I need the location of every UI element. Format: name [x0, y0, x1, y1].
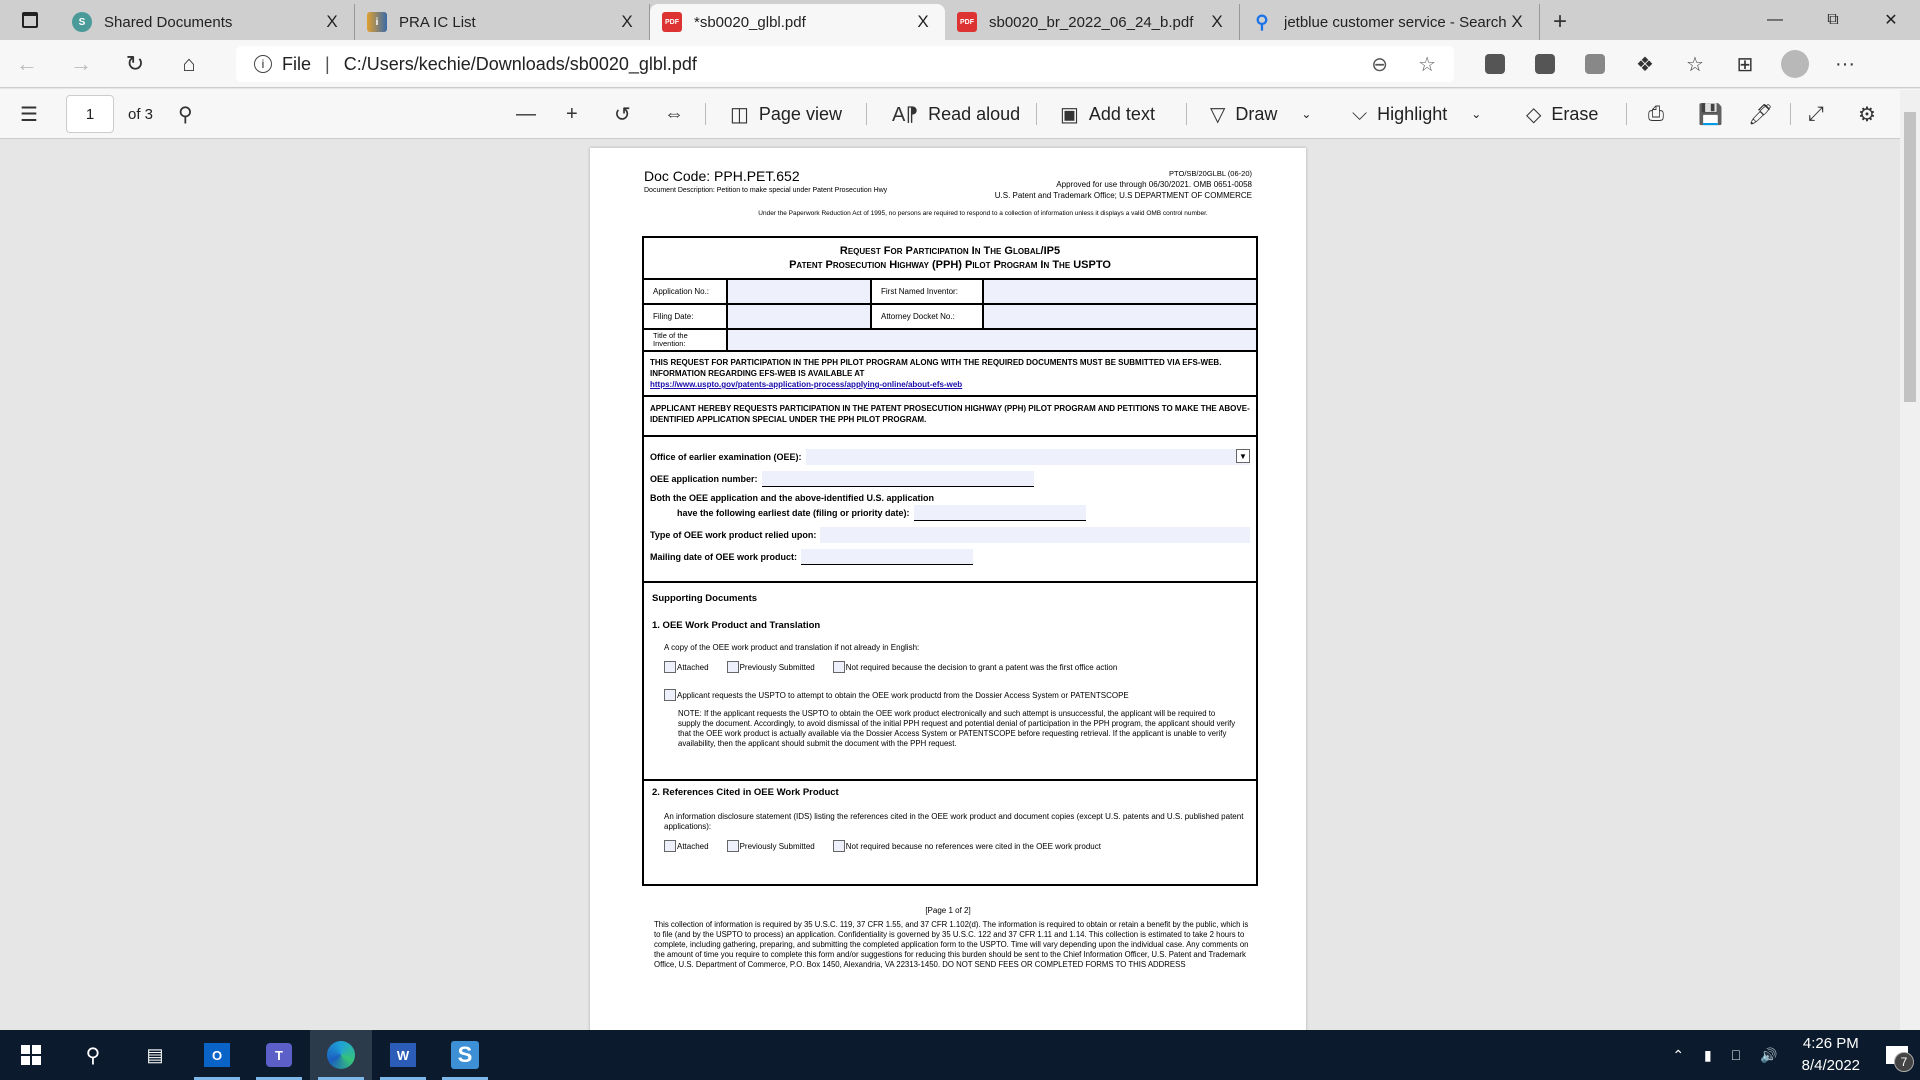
task-view-icon: ▤ — [146, 1045, 163, 1066]
extension-button[interactable] — [1470, 54, 1520, 74]
volume-icon[interactable]: 🔊 — [1760, 1047, 1777, 1064]
s1-not-required-checkbox[interactable]: Not required because the decision to gra… — [833, 661, 1118, 673]
divider: | — [325, 54, 330, 75]
favorites-button[interactable]: ☆ — [1670, 52, 1720, 77]
oee-app-number-field[interactable] — [762, 471, 1034, 487]
filing-date-field[interactable] — [728, 305, 872, 328]
attorney-docket-field[interactable] — [984, 305, 1256, 328]
collections-icon: ⊞ — [1737, 52, 1754, 77]
save-as-icon: 🖊 — [1748, 102, 1773, 127]
puzzle-icon: ❖ — [1636, 52, 1654, 77]
restore-button[interactable]: ⧉ — [1804, 0, 1862, 40]
applicant-request: APPLICANT HEREBY REQUESTS PARTICIPATION … — [644, 397, 1256, 437]
notification-center-button[interactable]: 7 — [1874, 1030, 1920, 1080]
search-icon: ⚲ — [86, 1043, 101, 1068]
notification-count: 7 — [1894, 1052, 1914, 1072]
outlook-icon — [1585, 54, 1605, 74]
references-section: 2. References Cited in OEE Work Product … — [644, 781, 1256, 884]
doc-description: Document Description: Petition to make s… — [644, 187, 887, 194]
eraser-icon: ◇ — [1526, 102, 1541, 127]
section1-heading: 1. OEE Work Product and Translation — [652, 620, 1248, 631]
print-icon: ⎙ — [1648, 103, 1664, 126]
fit-width-icon: ⇔ — [664, 103, 684, 126]
read-aloud-button[interactable]: A⁋Read aloud — [892, 89, 1020, 139]
teams-icon: T — [266, 1043, 292, 1067]
checkbox[interactable] — [833, 661, 845, 673]
section2-intro: An information disclosure statement (IDS… — [664, 812, 1248, 832]
attorney-docket-label: Attorney Docket No.: — [872, 305, 984, 328]
pdf-icon: PDF — [957, 12, 977, 32]
collections-button[interactable]: ⊞ — [1720, 52, 1770, 77]
home-button[interactable]: ⌂ — [162, 40, 216, 88]
earliest-date-label-2: have the following earliest date (filing… — [677, 508, 910, 518]
gear-icon: ⚙ — [1858, 102, 1876, 127]
pdf-toolbar: ☰ 1 of 3 ⚲ — + ↺ ⇔ ◫Page view A⁋Read alo… — [0, 89, 1920, 139]
add-favorite-icon[interactable]: ☆ — [1418, 52, 1436, 77]
outlook-app[interactable]: O — [186, 1030, 248, 1080]
expand-icon: ⤢ — [1808, 103, 1824, 126]
s1-attached-checkbox[interactable]: Attached — [664, 661, 709, 673]
divider — [1790, 103, 1791, 125]
erase-button[interactable]: ◇Erase — [1526, 89, 1598, 139]
checkbox[interactable] — [664, 840, 676, 852]
edge-app[interactable] — [310, 1030, 372, 1080]
s2-previously-submitted-checkbox[interactable]: Previously Submitted — [727, 840, 815, 852]
tab-shared-documents[interactable]: S Shared Documents X — [60, 4, 355, 40]
checkbox[interactable] — [833, 840, 845, 852]
divider — [1036, 103, 1037, 125]
oee-section: Office of earlier examination (OEE):▼ OE… — [644, 437, 1256, 583]
close-tab-icon[interactable]: X — [1507, 12, 1527, 32]
filing-date-label: Filing Date: — [644, 305, 728, 328]
draw-button[interactable]: ▽Draw⌄ — [1210, 89, 1311, 139]
vertical-scrollbar[interactable] — [1900, 90, 1920, 1030]
section1-intro: A copy of the OEE work product and trans… — [664, 643, 1248, 653]
taskbar: ⚲ ▤ O T W S ⌃ ▮ ⎕ 🔊 4:26 PM 8/4/2022 7 — [0, 1030, 1920, 1080]
show-hidden-icons[interactable]: ⌃ — [1672, 1047, 1684, 1064]
dossier-note: NOTE: If the applicant requests the USPT… — [678, 709, 1236, 749]
page-view-button[interactable]: ◫Page view — [730, 89, 842, 139]
approval-text: Approved for use through 06/30/2021. OMB… — [995, 179, 1252, 190]
battery-icon[interactable]: ▮ — [1704, 1047, 1712, 1064]
page-number-input[interactable]: 1 — [66, 95, 114, 133]
s1-previously-submitted-checkbox[interactable]: Previously Submitted — [727, 661, 815, 673]
minus-icon: — — [516, 103, 536, 126]
contents-button[interactable]: ☰ — [20, 89, 38, 139]
form-number: PTO/SB/20GLBL (06-20) — [995, 168, 1252, 179]
system-tray: ⌃ ▮ ⎕ 🔊 4:26 PM 8/4/2022 7 — [1662, 1030, 1920, 1080]
profile-button[interactable] — [1770, 50, 1820, 78]
minimize-button[interactable]: — — [1746, 0, 1804, 40]
refresh-button[interactable]: ↻ — [108, 40, 162, 88]
chevron-down-icon[interactable]: ⌄ — [1471, 107, 1481, 121]
highlighter-icon: ⌵ — [1352, 103, 1367, 126]
zoom-out-icon[interactable]: ⊖ — [1371, 52, 1388, 77]
search-icon: ⚲ — [1252, 12, 1272, 32]
oee-app-number-label: OEE application number: — [650, 474, 758, 484]
more-button[interactable]: ··· — [1820, 53, 1870, 76]
checkbox[interactable] — [727, 661, 739, 673]
network-icon[interactable]: ⎕ — [1732, 1047, 1740, 1064]
read-aloud-icon: A⁋ — [892, 102, 918, 127]
oee-office-dropdown[interactable]: ▼ — [806, 449, 1250, 465]
close-window-button[interactable]: ✕ — [1862, 0, 1920, 40]
extensions-bar: ❖ ☆ ⊞ ··· — [1470, 40, 1870, 88]
mailing-date-field[interactable] — [801, 549, 973, 565]
rotate-icon: ↺ — [614, 102, 631, 127]
scrollbar-thumb[interactable] — [1904, 112, 1916, 402]
settings-button[interactable]: ⚙ — [1858, 89, 1876, 139]
start-button[interactable] — [0, 1030, 62, 1080]
window-controls: — ⧉ ✕ — [1746, 0, 1920, 40]
save-as-button[interactable]: 🖊 — [1748, 89, 1773, 139]
address-bar[interactable]: i File | C:/Users/kechie/Downloads/sb002… — [236, 46, 1454, 82]
title-invention-field[interactable] — [728, 330, 1256, 350]
word-app[interactable]: W — [372, 1030, 434, 1080]
snagit-app[interactable]: S — [434, 1030, 496, 1080]
form-title: Request For Participation In The Global/… — [644, 238, 1256, 280]
close-tab-icon[interactable]: X — [322, 12, 342, 32]
extension-icon — [1485, 54, 1505, 74]
page-label: [Page 1 of 2] — [590, 906, 1306, 915]
first-inventor-label: First Named Inventor: — [872, 280, 984, 303]
application-no-field[interactable] — [728, 280, 872, 303]
tab-sb0020-br[interactable]: PDF sb0020_br_2022_06_24_b.pdf X — [945, 4, 1240, 40]
find-button[interactable]: ⚲ — [178, 89, 193, 139]
save-icon: 💾 — [1698, 102, 1723, 127]
chevron-down-icon[interactable]: ⌄ — [1301, 107, 1311, 121]
fullscreen-button[interactable]: ⤢ — [1808, 89, 1824, 139]
work-product-type-field[interactable] — [820, 527, 1250, 543]
close-tab-icon[interactable]: X — [913, 12, 933, 32]
fit-page-button[interactable]: ⇔ — [664, 89, 684, 139]
dossier-request-checkbox[interactable]: Applicant requests the USPTO to attempt … — [664, 689, 1129, 701]
edge-icon — [327, 1041, 355, 1069]
work-product-type-label: Type of OEE work product relied upon: — [650, 530, 816, 540]
sharepoint-icon: S — [72, 12, 92, 32]
avatar — [1781, 50, 1809, 78]
tab-strip: S Shared Documents X i PRA IC List X PDF… — [0, 0, 1920, 40]
word-icon: W — [390, 1043, 416, 1067]
forward-button[interactable]: → — [54, 40, 108, 88]
application-no-label: Application No.: — [644, 280, 728, 303]
extension-icon — [1535, 54, 1555, 74]
divider — [705, 103, 706, 125]
windows-icon — [21, 1045, 41, 1065]
tab-sb0020-glbl[interactable]: PDF *sb0020_glbl.pdf X — [650, 4, 945, 40]
print-button[interactable]: ⎙ — [1648, 89, 1664, 139]
checkbox[interactable] — [727, 840, 739, 852]
earliest-date-label-1: Both the OEE application and the above-i… — [650, 493, 934, 503]
add-text-button[interactable]: ▣Add text — [1060, 89, 1155, 139]
outlook-icon: O — [204, 1043, 230, 1067]
clock[interactable]: 4:26 PM 8/4/2022 — [1802, 1033, 1860, 1077]
highlight-button[interactable]: ⌵Highlight⌄ — [1352, 89, 1481, 139]
url-text[interactable]: C:/Users/kechie/Downloads/sb0020_glbl.pd… — [344, 54, 697, 75]
section2-heading: 2. References Cited in OEE Work Product — [652, 787, 1248, 798]
rotate-button[interactable]: ↺ — [614, 89, 631, 139]
search-icon: ⚲ — [178, 102, 193, 127]
supporting-heading: Supporting Documents — [652, 593, 1248, 604]
s2-attached-checkbox[interactable]: Attached — [664, 840, 709, 852]
chevron-down-icon[interactable]: ▼ — [1236, 449, 1250, 463]
earliest-date-field[interactable] — [914, 505, 1086, 521]
divider — [866, 103, 867, 125]
zoom-out-button[interactable]: — — [516, 89, 536, 139]
site-icon: i — [367, 12, 387, 32]
divider — [1626, 103, 1627, 125]
page-total: of 3 — [128, 89, 153, 139]
title-invention-label: Title of the Invention: — [644, 330, 728, 350]
scheme-label: File — [282, 54, 311, 75]
favorites-icon: ☆ — [1686, 52, 1704, 77]
search-button[interactable]: ⚲ — [62, 1030, 124, 1080]
outlook-extension-button[interactable] — [1570, 54, 1620, 74]
supporting-documents: Supporting Documents 1. OEE Work Product… — [644, 583, 1256, 781]
efs-web-link[interactable]: https://www.uspto.gov/patents-applicatio… — [650, 380, 962, 389]
new-tab-button[interactable]: + — [1540, 4, 1580, 40]
agency-text: U.S. Patent and Trademark Office; U.S DE… — [995, 190, 1252, 201]
pdf-icon: PDF — [662, 12, 682, 32]
back-button[interactable]: ← — [0, 40, 54, 88]
close-tab-icon[interactable]: X — [1207, 12, 1227, 32]
s2-not-required-checkbox[interactable]: Not required because no references were … — [833, 840, 1101, 852]
tab-actions-button[interactable] — [0, 0, 60, 40]
burden-statement: This collection of information is requir… — [654, 920, 1254, 970]
address-toolbar: ← → ↻ ⌂ i File | C:/Users/kechie/Downloa… — [0, 40, 1920, 88]
close-tab-icon[interactable]: X — [617, 12, 637, 32]
extension-button[interactable] — [1520, 54, 1570, 74]
checkbox[interactable] — [664, 689, 676, 701]
pph-form: Request For Participation In The Global/… — [642, 236, 1258, 886]
page-view-icon: ◫ — [730, 102, 749, 127]
task-view-button[interactable]: ▤ — [124, 1030, 186, 1080]
checkbox[interactable] — [664, 661, 676, 673]
snagit-icon: S — [451, 1041, 479, 1069]
list-icon: ☰ — [20, 102, 38, 127]
first-inventor-field[interactable] — [984, 280, 1256, 303]
divider — [1186, 103, 1187, 125]
zoom-in-button[interactable]: + — [566, 89, 578, 139]
save-button[interactable]: 💾 — [1698, 89, 1723, 139]
tab-jetblue-search[interactable]: ⚲ jetblue customer service - Search X — [1240, 4, 1540, 40]
tab-actions-icon — [22, 12, 38, 28]
pdf-page: Doc Code: PPH.PET.652 Document Descripti… — [590, 148, 1306, 1030]
teams-app[interactable]: T — [248, 1030, 310, 1080]
text-box-icon: ▣ — [1060, 102, 1079, 127]
draw-icon: ▽ — [1210, 102, 1225, 127]
mailing-date-label: Mailing date of OEE work product: — [650, 552, 797, 562]
pra-notice: Under the Paperwork Reduction Act of 199… — [590, 210, 1306, 217]
extensions-button[interactable]: ❖ — [1620, 52, 1670, 77]
doc-code: Doc Code: PPH.PET.652 — [644, 168, 887, 184]
plus-icon: + — [566, 103, 578, 126]
oee-office-label: Office of earlier examination (OEE): — [650, 452, 802, 462]
info-icon[interactable]: i — [254, 55, 272, 73]
pdf-viewer: Doc Code: PPH.PET.652 Document Descripti… — [0, 140, 1900, 1030]
efs-notice: THIS REQUEST FOR PARTICIPATION IN THE PP… — [644, 352, 1256, 397]
tab-pra-ic-list[interactable]: i PRA IC List X — [355, 4, 650, 40]
